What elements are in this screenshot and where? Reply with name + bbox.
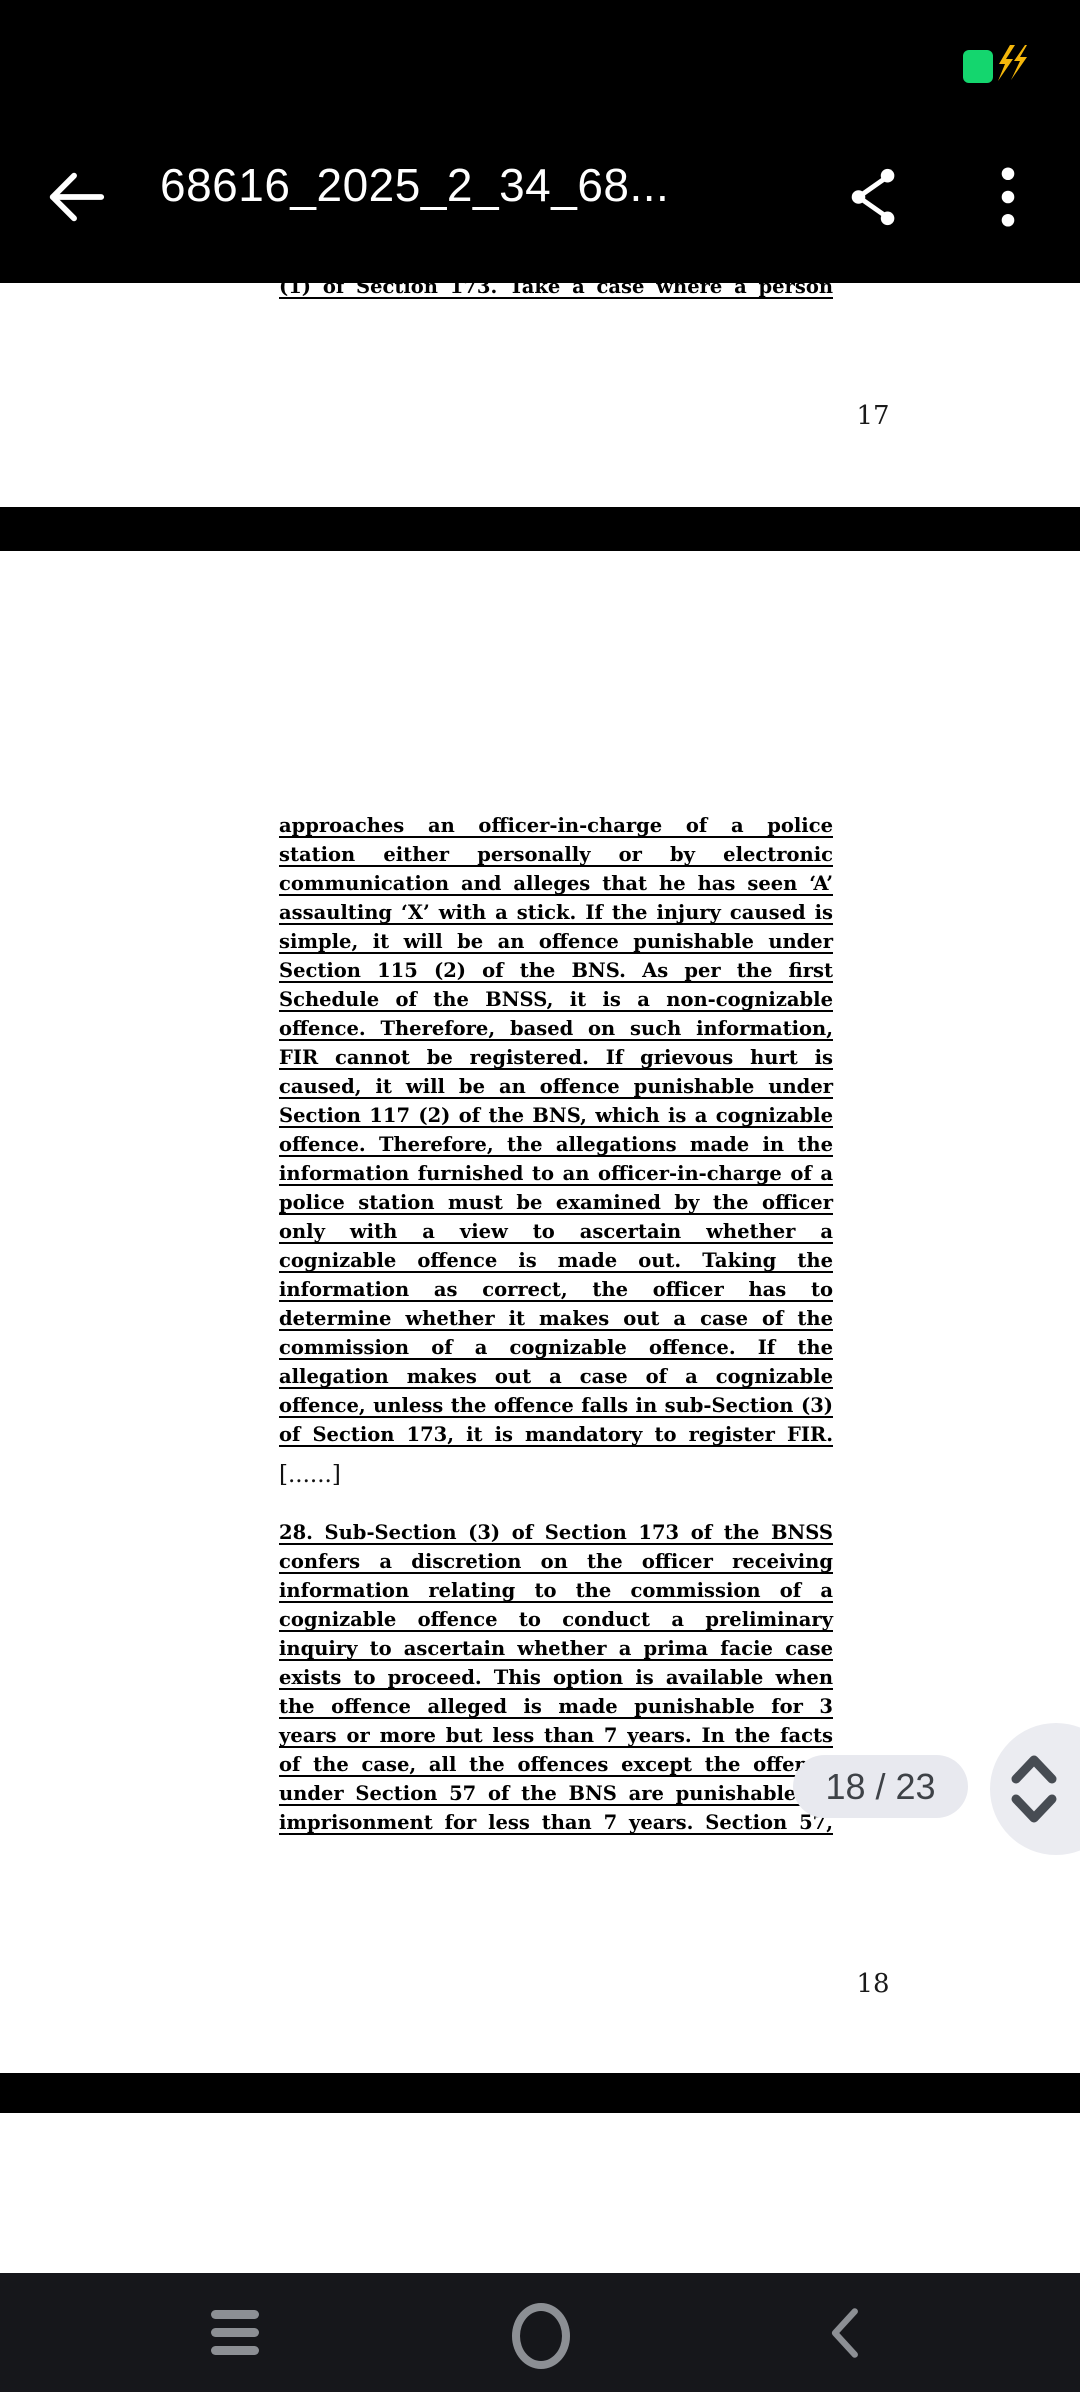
text-line: information furnished to an officer-in-c… [279, 1159, 833, 1188]
document-title: 68616_2025_2_34_68... [160, 158, 669, 212]
page-indicator-pill[interactable]: 18 / 23 [793, 1755, 968, 1818]
charging-bolt-icon [995, 44, 1029, 84]
page-indicator-label: 18 / 23 [825, 1766, 935, 1808]
battery-chip-icon [963, 50, 993, 83]
kebab-menu-icon[interactable] [998, 166, 1018, 228]
pdf-viewer-screen: 68616_2025_2_34_68... (1) of Section 173… [0, 0, 1080, 2392]
page-gap [0, 2073, 1080, 2113]
text-line: station either personally or by electron… [279, 840, 833, 869]
text-line: Section 117 (2) of the BNS, which is a c… [279, 1101, 833, 1130]
app-header: 68616_2025_2_34_68... [0, 0, 1080, 283]
text-line: communication and alleges that he has se… [279, 869, 833, 898]
omission-marker: [......] [279, 1461, 833, 1490]
text-line: imprisonment for less than 7 years. Sect… [279, 1808, 833, 1837]
text-line: of the case, all the offences except the… [279, 1750, 833, 1779]
text-line: assaulting ‘X’ with a stick. If the inju… [279, 898, 833, 927]
clipped-text-line: (1) of Section 173. Take a case where a … [279, 283, 833, 303]
share-icon[interactable] [846, 166, 902, 228]
text-line: cognizable offence to conduct a prelimin… [279, 1605, 833, 1634]
text-line: determine whether it makes out a case of… [279, 1304, 833, 1333]
chevron-up-icon [1016, 1760, 1052, 1779]
page-body-text: approaches an officer-in-charge of a pol… [279, 811, 833, 1837]
scroll-chevrons [1006, 1747, 1062, 1831]
text-line: offence, unless the offence falls in sub… [279, 1391, 833, 1420]
home-circle-icon[interactable] [512, 2303, 570, 2369]
text-line: FIR cannot be registered. If grievous hu… [279, 1043, 833, 1072]
page-gap [0, 507, 1080, 551]
page-footer-number: 17 [838, 401, 908, 431]
text-line: information relating to the commission o… [279, 1576, 833, 1605]
text-line: (1) of Section 173. Take a case where a … [279, 283, 833, 301]
text-line: cognizable offence is made out. Taking t… [279, 1246, 833, 1275]
text-line: only with a view to ascertain whether a [279, 1217, 833, 1246]
pdf-page-19-top [0, 2113, 1080, 2273]
text-line: years or more but less than 7 years. In … [279, 1721, 833, 1750]
text-line: Schedule of the BNSS, it is a non-cogniz… [279, 985, 833, 1014]
text-line: simple, it will be an offence punishable… [279, 927, 833, 956]
text-line: the offence alleged is made punishable f… [279, 1692, 833, 1721]
text-line: caused, it will be an offence punishable… [279, 1072, 833, 1101]
back-chevron-icon[interactable] [826, 2301, 862, 2365]
text-line: under Section 57 of the BNS are punishab… [279, 1779, 833, 1808]
recents-menu-icon[interactable] [211, 2310, 259, 2355]
text-line: of Section 173, it is mandatory to regis… [279, 1420, 833, 1449]
text-line: approaches an officer-in-charge of a pol… [279, 811, 833, 840]
text-line: 28. Sub-Section (3) of Section 173 of th… [279, 1518, 833, 1547]
back-arrow-icon[interactable] [45, 166, 107, 228]
text-line: exists to proceed. This option is availa… [279, 1663, 833, 1692]
text-line: offence. Therefore, the allegations made… [279, 1130, 833, 1159]
text-line: commission of a cognizable offence. If t… [279, 1333, 833, 1362]
text-line: inquiry to ascertain whether a prima fac… [279, 1634, 833, 1663]
pdf-page-18: approaches an officer-in-charge of a pol… [0, 551, 1080, 2073]
paragraph-28: 28. Sub-Section (3) of Section 173 of th… [279, 1518, 833, 1837]
system-nav-bar [0, 2273, 1080, 2392]
text-line: Section 115 (2) of the BNS. As per the f… [279, 956, 833, 985]
text-line: offence. Therefore, based on such inform… [279, 1014, 833, 1043]
text-line: police station must be examined by the o… [279, 1188, 833, 1217]
text-line: information as correct, the officer has … [279, 1275, 833, 1304]
text-line: confers a discretion on the officer rece… [279, 1547, 833, 1576]
text-line: allegation makes out a case of a cogniza… [279, 1362, 833, 1391]
pdf-page-17: (1) of Section 173. Take a case where a … [0, 283, 1080, 507]
chevron-down-icon [1016, 1799, 1052, 1818]
paragraph-27-continuation: approaches an officer-in-charge of a pol… [279, 811, 833, 1449]
page-footer-number: 18 [838, 1969, 908, 1999]
